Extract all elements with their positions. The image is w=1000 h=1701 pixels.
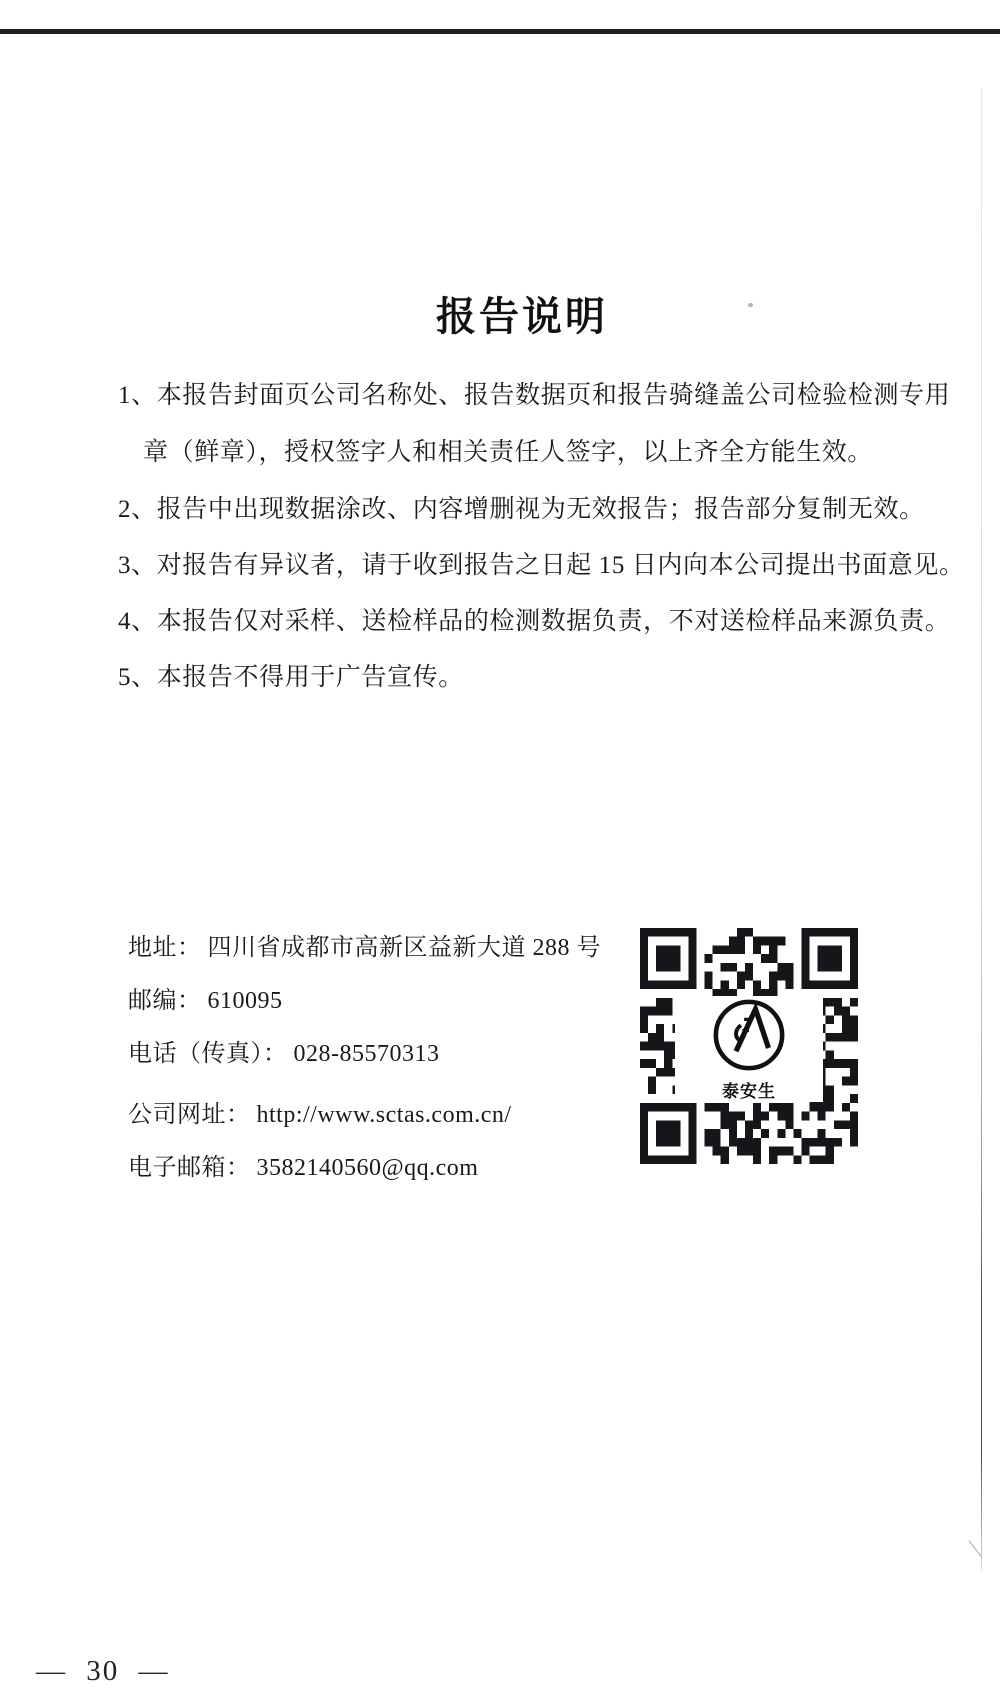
qr-pattern	[640, 928, 858, 1164]
note-line-5: 5、本报告不得用于广告宣传。	[118, 662, 464, 695]
contact-postcode-label: 邮编：	[128, 988, 202, 1014]
contact-website: 公司网址：http://www.sctas.com.cn/	[128, 1100, 512, 1131]
note-line-1-continued: 章（鲜章），授权签字人和相关责任人签字，以上齐全方能生效。	[143, 437, 873, 470]
contact-postcode-value: 610095	[208, 988, 283, 1014]
contact-address: 地址：四川省成都市高新区益新大道 288 号	[128, 933, 601, 964]
scan-speck	[748, 303, 753, 307]
contact-website-value: http://www.sctas.com.cn/	[257, 1102, 512, 1128]
contact-postcode: 邮编：610095	[128, 986, 283, 1017]
contact-phone-label: 电话（传真）：	[128, 1041, 288, 1067]
top-rule	[0, 29, 1000, 34]
contact-email-label: 电子邮箱：	[128, 1155, 251, 1181]
scan-edge-hook	[968, 1540, 981, 1556]
note-line-4: 4、本报告仅对采样、送检样品的检测数据负责，不对送检样品来源负责。	[118, 606, 950, 639]
contact-phone-value: 028-85570313	[294, 1041, 440, 1067]
contact-address-value: 四川省成都市高新区益新大道 288 号	[208, 935, 602, 961]
contact-email-value: 3582140560@qq.com	[257, 1155, 479, 1181]
contact-address-label: 地址：	[128, 935, 202, 961]
note-line-3: 3、对报告有异议者，请于收到报告之日起 15 日内向本公司提出书面意见。	[118, 550, 965, 583]
page-title: 报告说明	[436, 285, 608, 342]
note-line-1: 1、本报告封面页公司名称处、报告数据页和报告骑缝盖公司检验检测专用	[118, 380, 950, 413]
contact-email: 电子邮箱：3582140560@qq.com	[128, 1153, 478, 1184]
document-page: 报告说明 1、本报告封面页公司名称处、报告数据页和报告骑缝盖公司检验检测专用 章…	[0, 0, 1000, 1701]
qr-code: 泰安生	[640, 928, 858, 1164]
page-number: — 30 —	[36, 1655, 170, 1688]
scan-edge-line	[981, 88, 982, 1570]
note-line-2: 2、报告中出现数据涂改、内容增删视为无效报告；报告部分复制无效。	[118, 494, 925, 527]
contact-website-label: 公司网址：	[128, 1102, 251, 1128]
contact-phone: 电话（传真）：028-85570313	[128, 1039, 440, 1070]
